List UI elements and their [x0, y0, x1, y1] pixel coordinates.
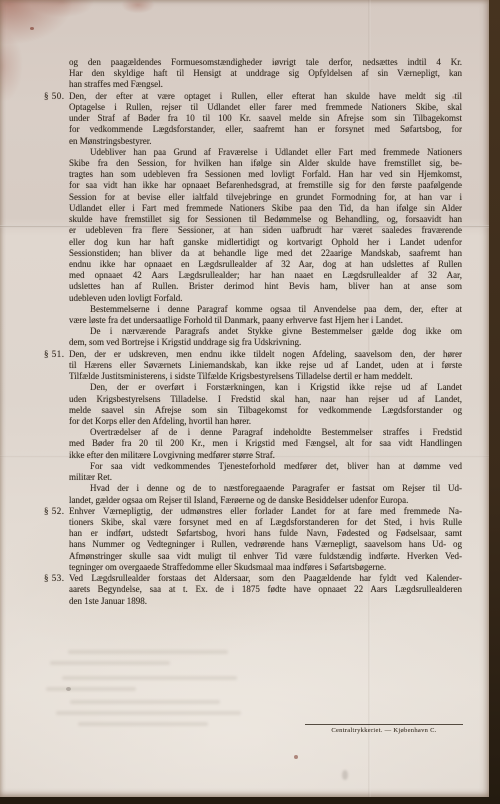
- paragraph-block: For saa vidt vedkommendes Tjenesteforhol…: [69, 461, 462, 483]
- document-line: For saa vidt vedkommendes Tjenesteforhol…: [69, 461, 462, 472]
- document-line: for saa vidt han ikke har opnaaet Befare…: [69, 180, 462, 191]
- document-line: melde saavel sin Afrejse som sin Tilbage…: [69, 405, 462, 416]
- paragraph-block: og den paagældendes Formuesomstændighede…: [69, 57, 462, 91]
- document-line: tegninger om overgaaede Straffedomme ell…: [69, 562, 462, 573]
- document-line: tragtes han som udebleven fra Sessionen …: [69, 169, 462, 180]
- document-line: Optagelse i Rullen, rejser til Udlandet …: [69, 102, 462, 113]
- paragraph-block: De i nærværende Paragrafs andet Stykke g…: [69, 326, 462, 348]
- paper-speck: [294, 755, 298, 759]
- imprint-text: Centraltrykkeriet. — Kjøbenhavn C.: [305, 725, 463, 734]
- document-line: udebleven uden lovligt Forfald.: [69, 293, 462, 304]
- document-line: aarets Begyndelse, saa at t. Ex. de i 18…: [69, 584, 462, 595]
- section: § 51.Den, der er udskreven, men endnu ik…: [69, 349, 462, 506]
- section: og den paagældendes Formuesomstændighede…: [69, 57, 462, 91]
- document-line: De i nærværende Paragrafs andet Stykke g…: [69, 326, 462, 337]
- paper-speck: [452, 96, 455, 99]
- document-line: han straffes med Fængsel.: [69, 79, 462, 90]
- document-line: Overtrædelser af de i denne Paragraf ind…: [69, 427, 462, 438]
- section-marker: § 51.: [44, 349, 65, 360]
- paragraph-block: Hvad der i denne og de to næstforegaaend…: [69, 483, 462, 505]
- document-line: Afmønstringer skulle saa vidt muligt til…: [69, 551, 462, 562]
- paragraph-block: Overtrædelser af de i denne Paragraf ind…: [69, 427, 462, 461]
- paper-speck: [30, 27, 34, 30]
- paragraph-block: Enhver Værnepligtig, der udmønstres elle…: [69, 506, 462, 573]
- paper: og den paagældendes Formuesomstændighede…: [0, 0, 489, 797]
- document-line: udslettes han af Rullen. Brister derimod…: [69, 281, 462, 292]
- document-line: Tilfælde Justitsministerens, i sidste Ti…: [69, 371, 462, 382]
- document-line: en Mønstringsbestyrer.: [69, 136, 462, 147]
- document-line: er udebleven fra flere Sessioner, at han…: [69, 225, 462, 236]
- paper-speck: [120, 420, 123, 423]
- bleed-through-text: [40, 650, 260, 730]
- paper-speck: [342, 770, 348, 780]
- document-line: militær Ret.: [69, 472, 462, 483]
- section-marker: § 50.: [44, 91, 65, 102]
- document-line: Udlandet eller i Fart med fremmede Natio…: [69, 203, 462, 214]
- section: § 52.Enhver Værnepligtig, der udmønstres…: [69, 506, 462, 573]
- paragraph-block: Den, der er udskreven, men endnu ikke ti…: [69, 349, 462, 383]
- document-line: Hvad der i denne og de to næstforegaaend…: [69, 483, 462, 494]
- document-line: eller dog kun har haft ganske midlertidi…: [69, 237, 462, 248]
- document-line: ikke efter den militære Lovgivning medfø…: [69, 450, 462, 461]
- document-line: under Straf af Bøder fra 10 til 100 Kr. …: [69, 113, 462, 124]
- document-line: med Bøder fra 20 til 200 Kr., men i Krig…: [69, 438, 462, 449]
- paragraph-block: Den, der efter at være optaget i Rullen,…: [69, 91, 462, 147]
- document-line: dem, som ved Bortrejse i Krigstid unddra…: [69, 337, 462, 348]
- document-line: Sessionstiden; han bliver da at behandle…: [69, 248, 462, 259]
- document-line: for vedkommende Lægdsforstander, eller, …: [69, 124, 462, 135]
- document-line: tioners Skibe, skal være forsynet med en…: [69, 517, 462, 528]
- paragraph-block: Udebliver han paa Grund af Fraværelse i …: [69, 147, 462, 304]
- document-line: Bestemmelserne i denne Paragraf komme og…: [69, 304, 462, 315]
- document-line: Den, der efter at være optaget i Rullen,…: [69, 91, 462, 102]
- document-line: hans Nummer og Vedtegninger i Rullen, ve…: [69, 539, 462, 550]
- document-line: for det Korps eller den Afdeling, hvorti…: [69, 416, 462, 427]
- document-line: Ved Lægdsrullealder forstaas det Aldersa…: [69, 573, 462, 584]
- paper-speck: [66, 687, 71, 691]
- document-line: Enhver Værnepligtig, der udmønstres elle…: [69, 506, 462, 517]
- document-line: landet, gælder ogsaa om Rejser til Islan…: [69, 495, 462, 506]
- document-line: med opnaaet 42 Aars Lægdsrullealder; har…: [69, 270, 462, 281]
- paragraph-block: Den, der er overført i Forstærkningen, k…: [69, 382, 462, 427]
- document-line: den 1ste Januar 1898.: [69, 596, 462, 607]
- document-line: Udebliver han paa Grund af Fraværelse i …: [69, 147, 462, 158]
- document-line: Skibe fra den Session, for hvilken han i…: [69, 158, 462, 169]
- document-line: han er indført, udstedt Søfartsbog, hvor…: [69, 528, 462, 539]
- page-scan: og den paagældendes Formuesomstændighede…: [0, 0, 500, 804]
- document-line: skulde have fremstillet sig for Sessione…: [69, 214, 462, 225]
- paragraph-block: Bestemmelserne i denne Paragraf komme og…: [69, 304, 462, 326]
- document-line: Har den skyldige haft til Hensigt at und…: [69, 68, 462, 79]
- document-line: Den, der er overført i Forstærkningen, k…: [69, 382, 462, 393]
- document-line: være løste fra det undersaatlige Forhold…: [69, 315, 462, 326]
- document-line: og den paagældendes Formuesomstændighede…: [69, 57, 462, 68]
- document-line: Session for at bevise eller ialtfald til…: [69, 192, 462, 203]
- section-marker: § 53.: [44, 573, 65, 584]
- document-line: uden Krigsbestyrelsens Tilladelse. I Fre…: [69, 394, 462, 405]
- document-line: endnu ikke har opnaaet en Lægdsrullealde…: [69, 259, 462, 270]
- document-line: til Hærens eller Søværnets Liniemandskab…: [69, 360, 462, 371]
- section: § 53.Ved Lægdsrullealder forstaas det Al…: [69, 573, 462, 607]
- section: § 50.Den, der efter at være optaget i Ru…: [69, 91, 462, 349]
- paragraph-block: Ved Lægdsrullealder forstaas det Aldersa…: [69, 573, 462, 607]
- document-line: Den, der er udskreven, men endnu ikke ti…: [69, 349, 462, 360]
- printer-imprint: Centraltrykkeriet. — Kjøbenhavn C.: [305, 724, 463, 734]
- text-column: og den paagældendes Formuesomstændighede…: [69, 57, 462, 607]
- section-marker: § 52.: [44, 506, 65, 517]
